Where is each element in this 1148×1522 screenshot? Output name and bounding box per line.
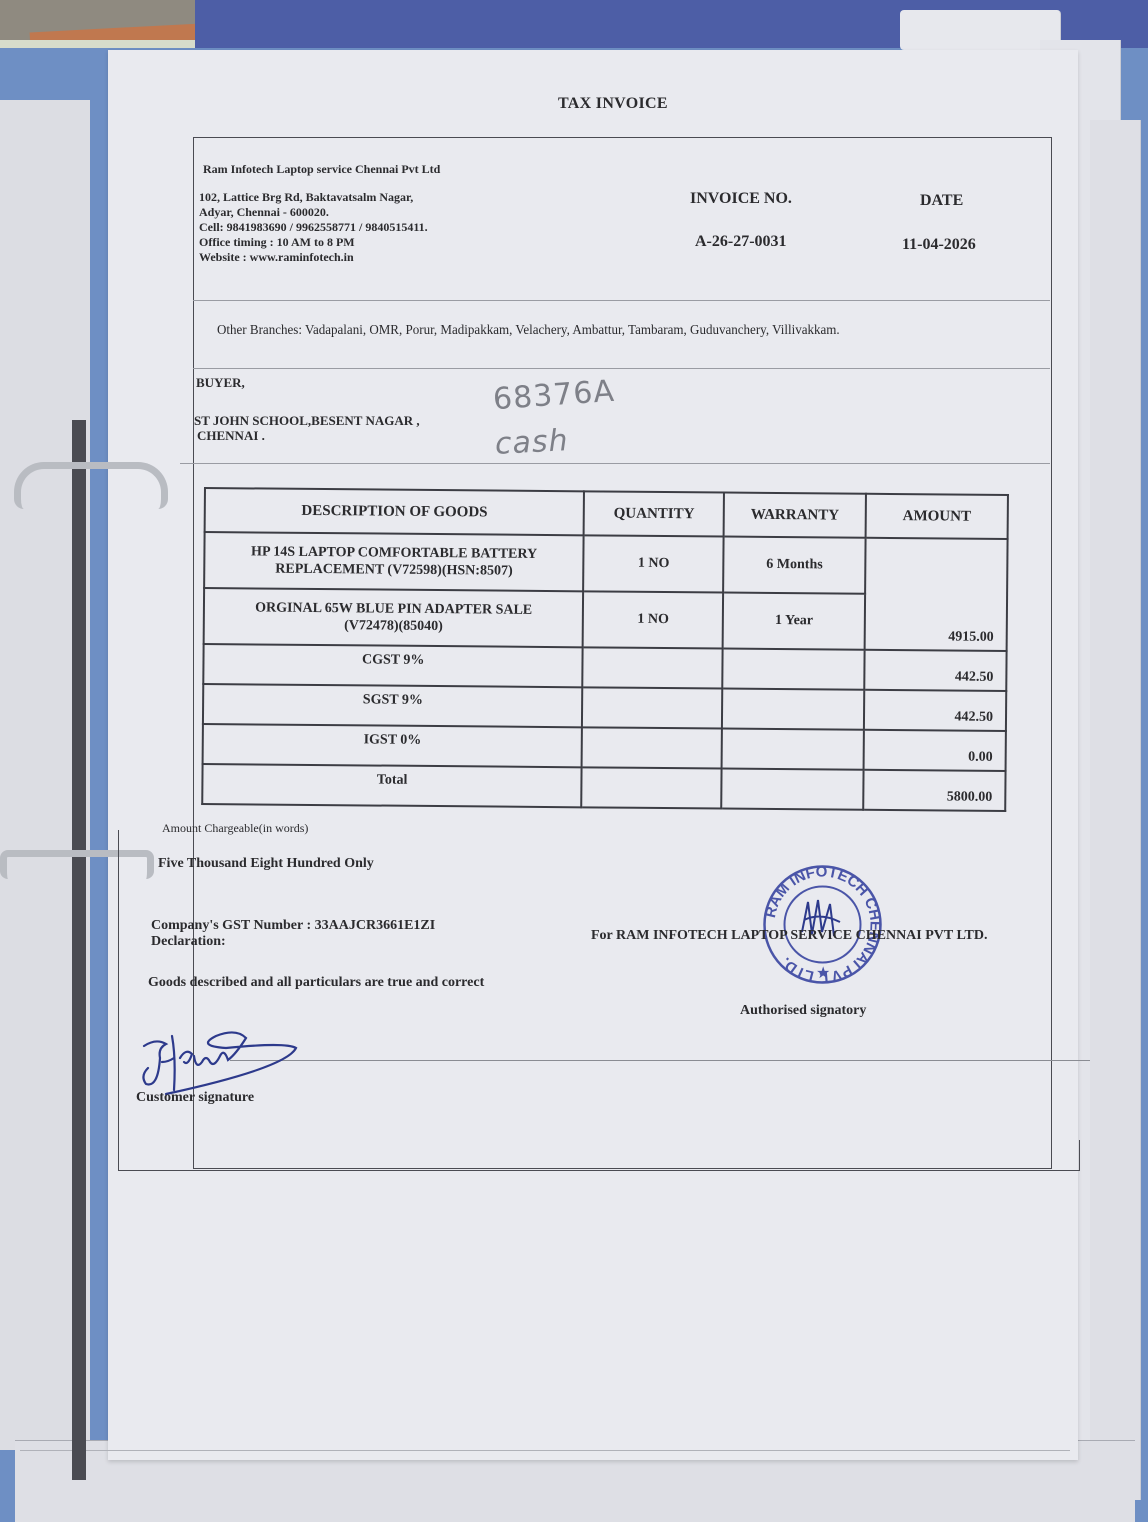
handwritten-payment-note: cash (494, 423, 569, 462)
divider (230, 1060, 1090, 1061)
paper-stack-edge (1090, 120, 1141, 1500)
goods-table: DESCRIPTION OF GOODS QUANTITY WARRANTY A… (201, 487, 1009, 812)
empty-cell (723, 649, 865, 690)
binder-spine (72, 420, 86, 1480)
buyer-line: CHENNAI . (194, 428, 420, 443)
item-quantity: 1 NO (583, 591, 723, 648)
empty-cell (722, 689, 864, 730)
tax-amount: 442.50 (864, 690, 1006, 731)
description-line: HP 14S LAPTOP COMFORTABLE BATTERY (205, 543, 583, 563)
empty-cell (582, 727, 722, 768)
paper-stack-edge (900, 10, 1061, 50)
tax-label: IGST 0% (203, 724, 583, 767)
empty-cell (582, 687, 722, 728)
seller-address: 102, Lattice Brg Rd, Baktavatsalm Nagar,… (199, 190, 428, 265)
website: Website : www.raminfotech.in (199, 250, 428, 265)
item-quantity: 1 NO (583, 535, 723, 592)
item-description: HP 14S LAPTOP COMFORTABLE BATTERY REPLAC… (204, 532, 584, 591)
table-row: HP 14S LAPTOP COMFORTABLE BATTERY REPLAC… (204, 532, 1007, 595)
binder-ring-icon (0, 850, 154, 879)
gst-block: Company's GST Number : 33AAJCR3661E1ZI D… (151, 918, 435, 950)
table-header-row: DESCRIPTION OF GOODS QUANTITY WARRANTY A… (205, 488, 1008, 539)
declaration-text: Goods described and all particulars are … (148, 975, 484, 991)
buyer-label: BUYER, (196, 375, 245, 391)
for-company-label: For RAM INFOTECH LAPTOP SERVICE CHENNAI … (591, 928, 988, 944)
total-amount: 5800.00 (863, 770, 1005, 811)
frame-border-bottom (118, 1140, 1080, 1171)
empty-cell (722, 729, 864, 770)
empty-cell (721, 769, 863, 810)
header-quantity: QUANTITY (584, 491, 724, 536)
tax-label: SGST 9% (203, 684, 583, 727)
invoice-date: 11-04-2026 (902, 236, 976, 254)
tax-amount: 442.50 (864, 650, 1006, 691)
tax-amount: 0.00 (864, 730, 1006, 771)
office-timing: Office timing : 10 AM to 8 PM (199, 235, 428, 250)
total-label: Total (202, 764, 582, 807)
tax-row-sgst: SGST 9% 442.50 (203, 684, 1006, 731)
invoice-number: A-26-27-0031 (695, 233, 787, 251)
tax-label: CGST 9% (203, 644, 583, 687)
invoice-title: TAX INVOICE (558, 95, 668, 113)
items-amount: 4915.00 (865, 538, 1008, 651)
contact-line: Cell: 9841983690 / 9962558771 / 98405154… (199, 220, 428, 235)
description-line: (V72478)(85040) (205, 616, 583, 636)
amount-words-label: Amount Chargeable(in words) (162, 821, 308, 836)
customer-signature-icon (136, 1018, 316, 1098)
svg-text:★: ★ (816, 965, 830, 982)
tax-row-igst: IGST 0% 0.00 (203, 724, 1006, 771)
item-description: ORGINAL 65W BLUE PIN ADAPTER SALE (V7247… (204, 588, 584, 647)
frame-border (118, 830, 119, 1140)
customer-signature-label: Customer signature (136, 1090, 254, 1106)
address-line: 102, Lattice Brg Rd, Baktavatsalm Nagar, (199, 190, 428, 205)
date-label: DATE (920, 192, 963, 210)
description-line: ORGINAL 65W BLUE PIN ADAPTER SALE (205, 599, 583, 619)
total-row: Total 5800.00 (202, 764, 1005, 811)
empty-cell (583, 647, 723, 688)
description-line: REPLACEMENT (V72598)(HSN:8507) (205, 560, 583, 580)
authorised-signatory-label: Authorised signatory (740, 1003, 866, 1019)
header-amount: AMOUNT (866, 494, 1008, 539)
buyer-details: ST JOHN SCHOOL,BESENT NAGAR , CHENNAI . (194, 413, 420, 443)
invoice-number-label: INVOICE NO. (690, 190, 792, 208)
header-warranty: WARRANTY (724, 493, 866, 538)
other-branches: Other Branches: Vadapalani, OMR, Porur, … (217, 323, 840, 339)
binder-ring-icon (14, 462, 168, 509)
divider (180, 463, 1050, 464)
divider (193, 368, 1050, 369)
gst-number: Company's GST Number : 33AAJCR3661E1ZI (151, 918, 435, 934)
seller-name: Ram Infotech Laptop service Chennai Pvt … (203, 162, 440, 177)
divider (193, 300, 1050, 301)
amount-in-words: Five Thousand Eight Hundred Only (158, 856, 374, 872)
address-line: Adyar, Chennai - 600020. (199, 205, 428, 220)
item-warranty: 1 Year (723, 593, 865, 650)
declaration-label: Declaration: (151, 934, 435, 950)
item-warranty: 6 Months (723, 537, 865, 594)
empty-cell (582, 767, 722, 808)
header-description: DESCRIPTION OF GOODS (205, 488, 585, 535)
tax-row-cgst: CGST 9% 442.50 (203, 644, 1006, 691)
buyer-line: ST JOHN SCHOOL,BESENT NAGAR , (194, 413, 420, 428)
company-stamp-icon: RAM INFOTECH CHENNAI PVT. LTD. ★ (760, 862, 885, 987)
